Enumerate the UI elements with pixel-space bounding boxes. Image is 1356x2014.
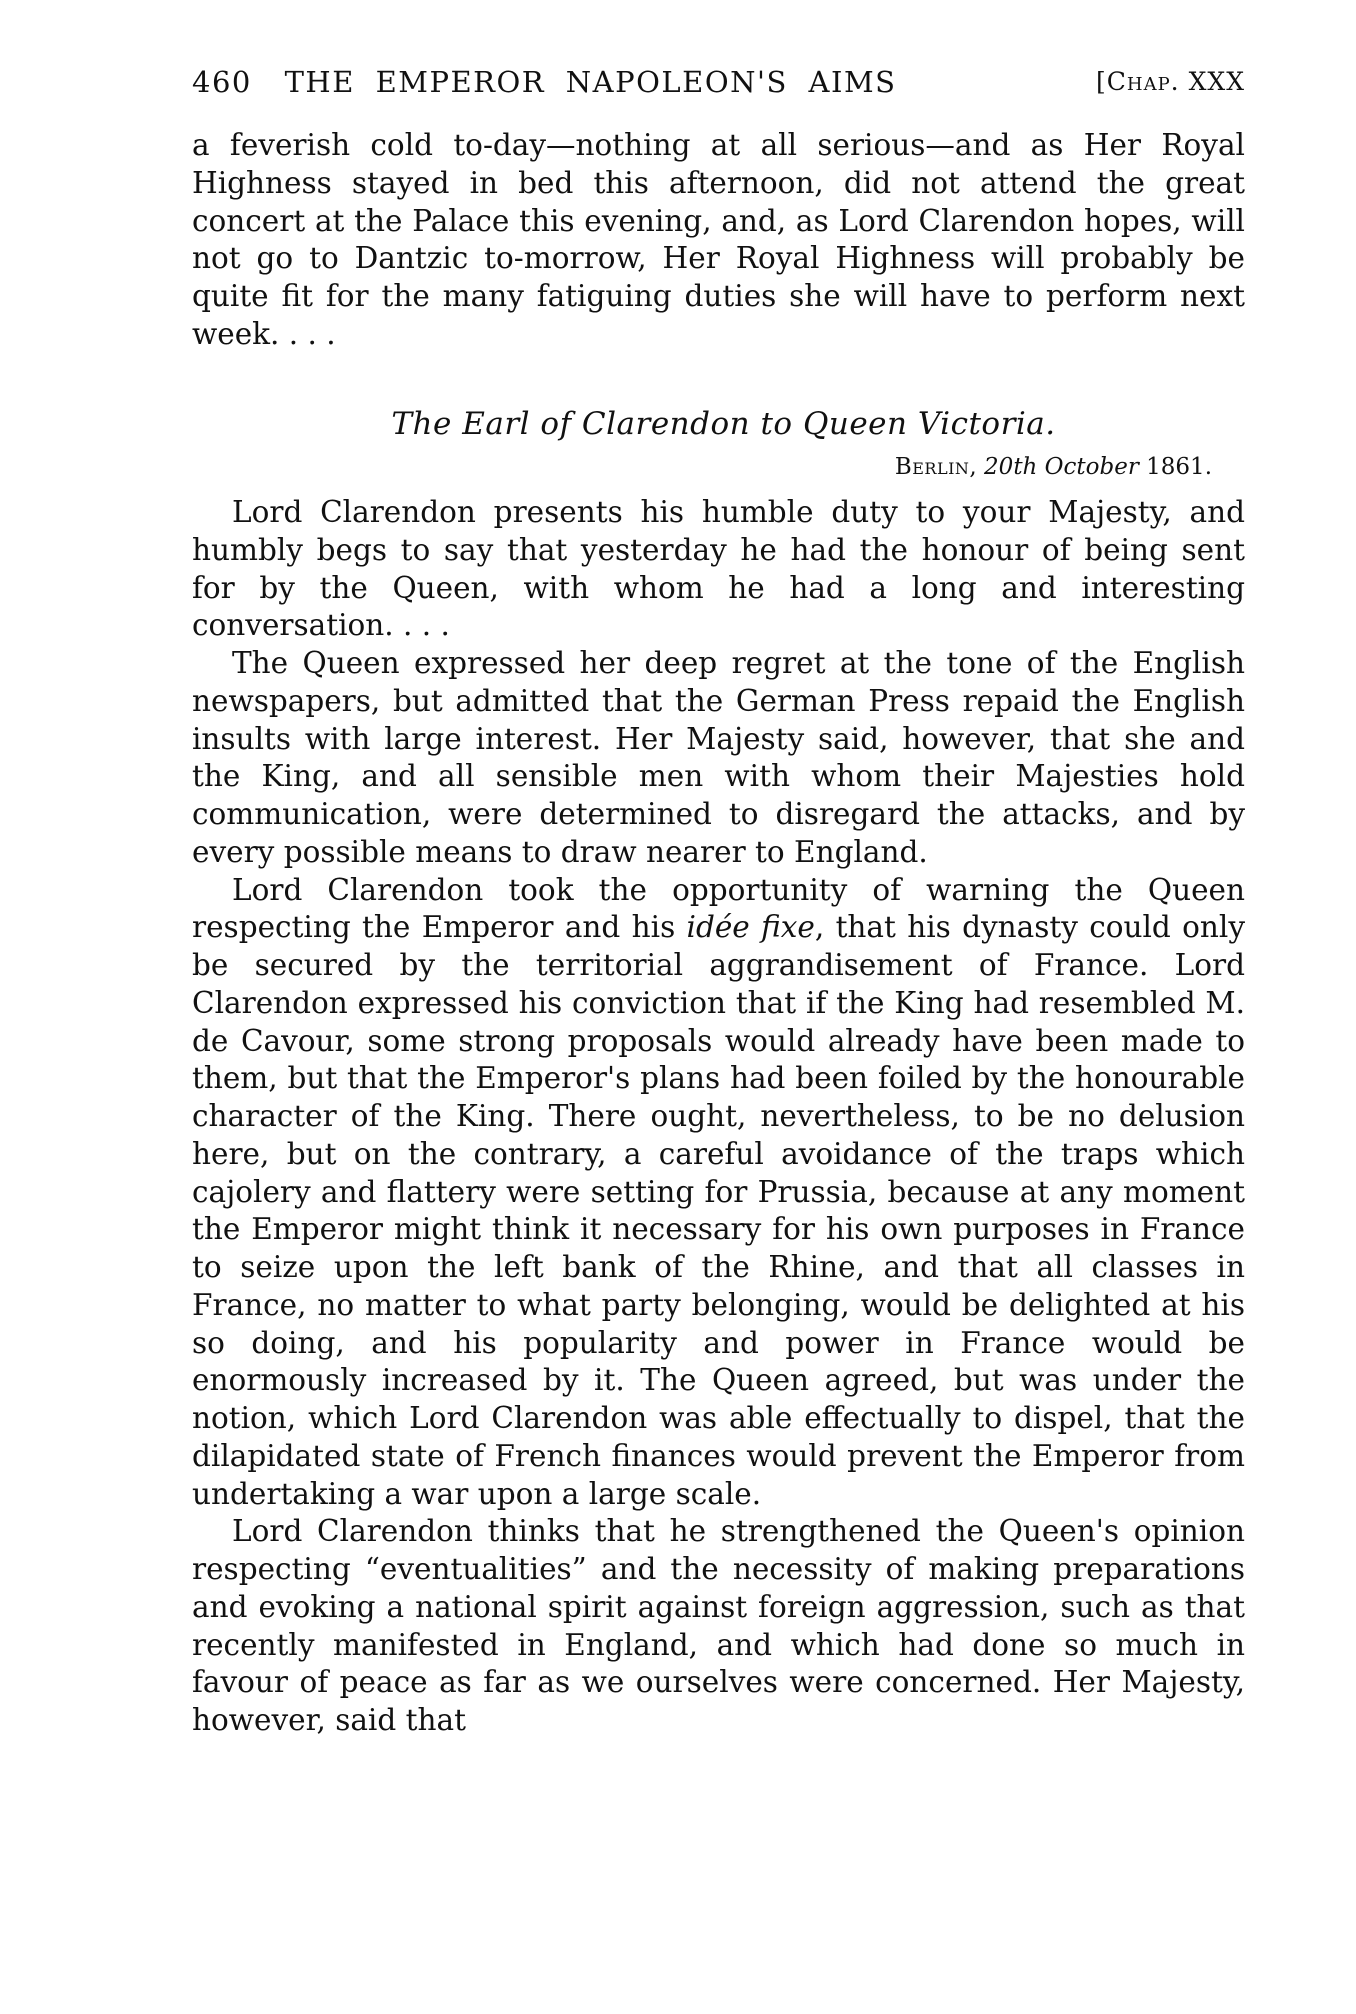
letter-body: Lord Clarendon presents his humble duty … [192,494,1245,1740]
page-number: 460 [192,64,252,100]
letter-paragraph-2: The Queen expressed her deep regret at t… [192,645,1245,872]
italic-phrase-idee-fixe: idée fixe [687,910,815,944]
dateline-year: 1861. [1139,454,1212,480]
continued-paragraph: a feverish cold to-day—nothing at all se… [192,127,1245,354]
letter-heading: The Earl of Clarendon to Queen Victoria. [192,404,1245,444]
dateline-day: 20th October [984,454,1139,480]
running-title: THE EMPEROR NAPOLEON'S AIMS [285,64,897,100]
letter-paragraph-1: Lord Clarendon presents his humble duty … [192,494,1245,645]
dateline-separator: , [969,454,984,480]
running-head: 460 THE EMPEROR NAPOLEON'S AIMS [Chap. X… [192,64,1245,100]
chapter-number: XXX [1189,67,1245,96]
paragraph-3-text-b: , that his dynasty could only be secured… [192,910,1245,1510]
letter-paragraph-4: Lord Clarendon thinks that he strengthen… [192,1513,1245,1740]
chapter-label: Chap. [1107,67,1180,96]
chapter-bracket: [ [1096,67,1107,96]
continued-paragraph-block: a feverish cold to-day—nothing at all se… [192,127,1245,354]
dateline-place: Berlin [895,454,970,480]
chapter-marker: [Chap. XXX [1096,64,1245,100]
letter-dateline: Berlin, 20th October 1861. [895,452,1212,482]
letter-paragraph-3: Lord Clarendon took the opportunity of w… [192,872,1245,1514]
